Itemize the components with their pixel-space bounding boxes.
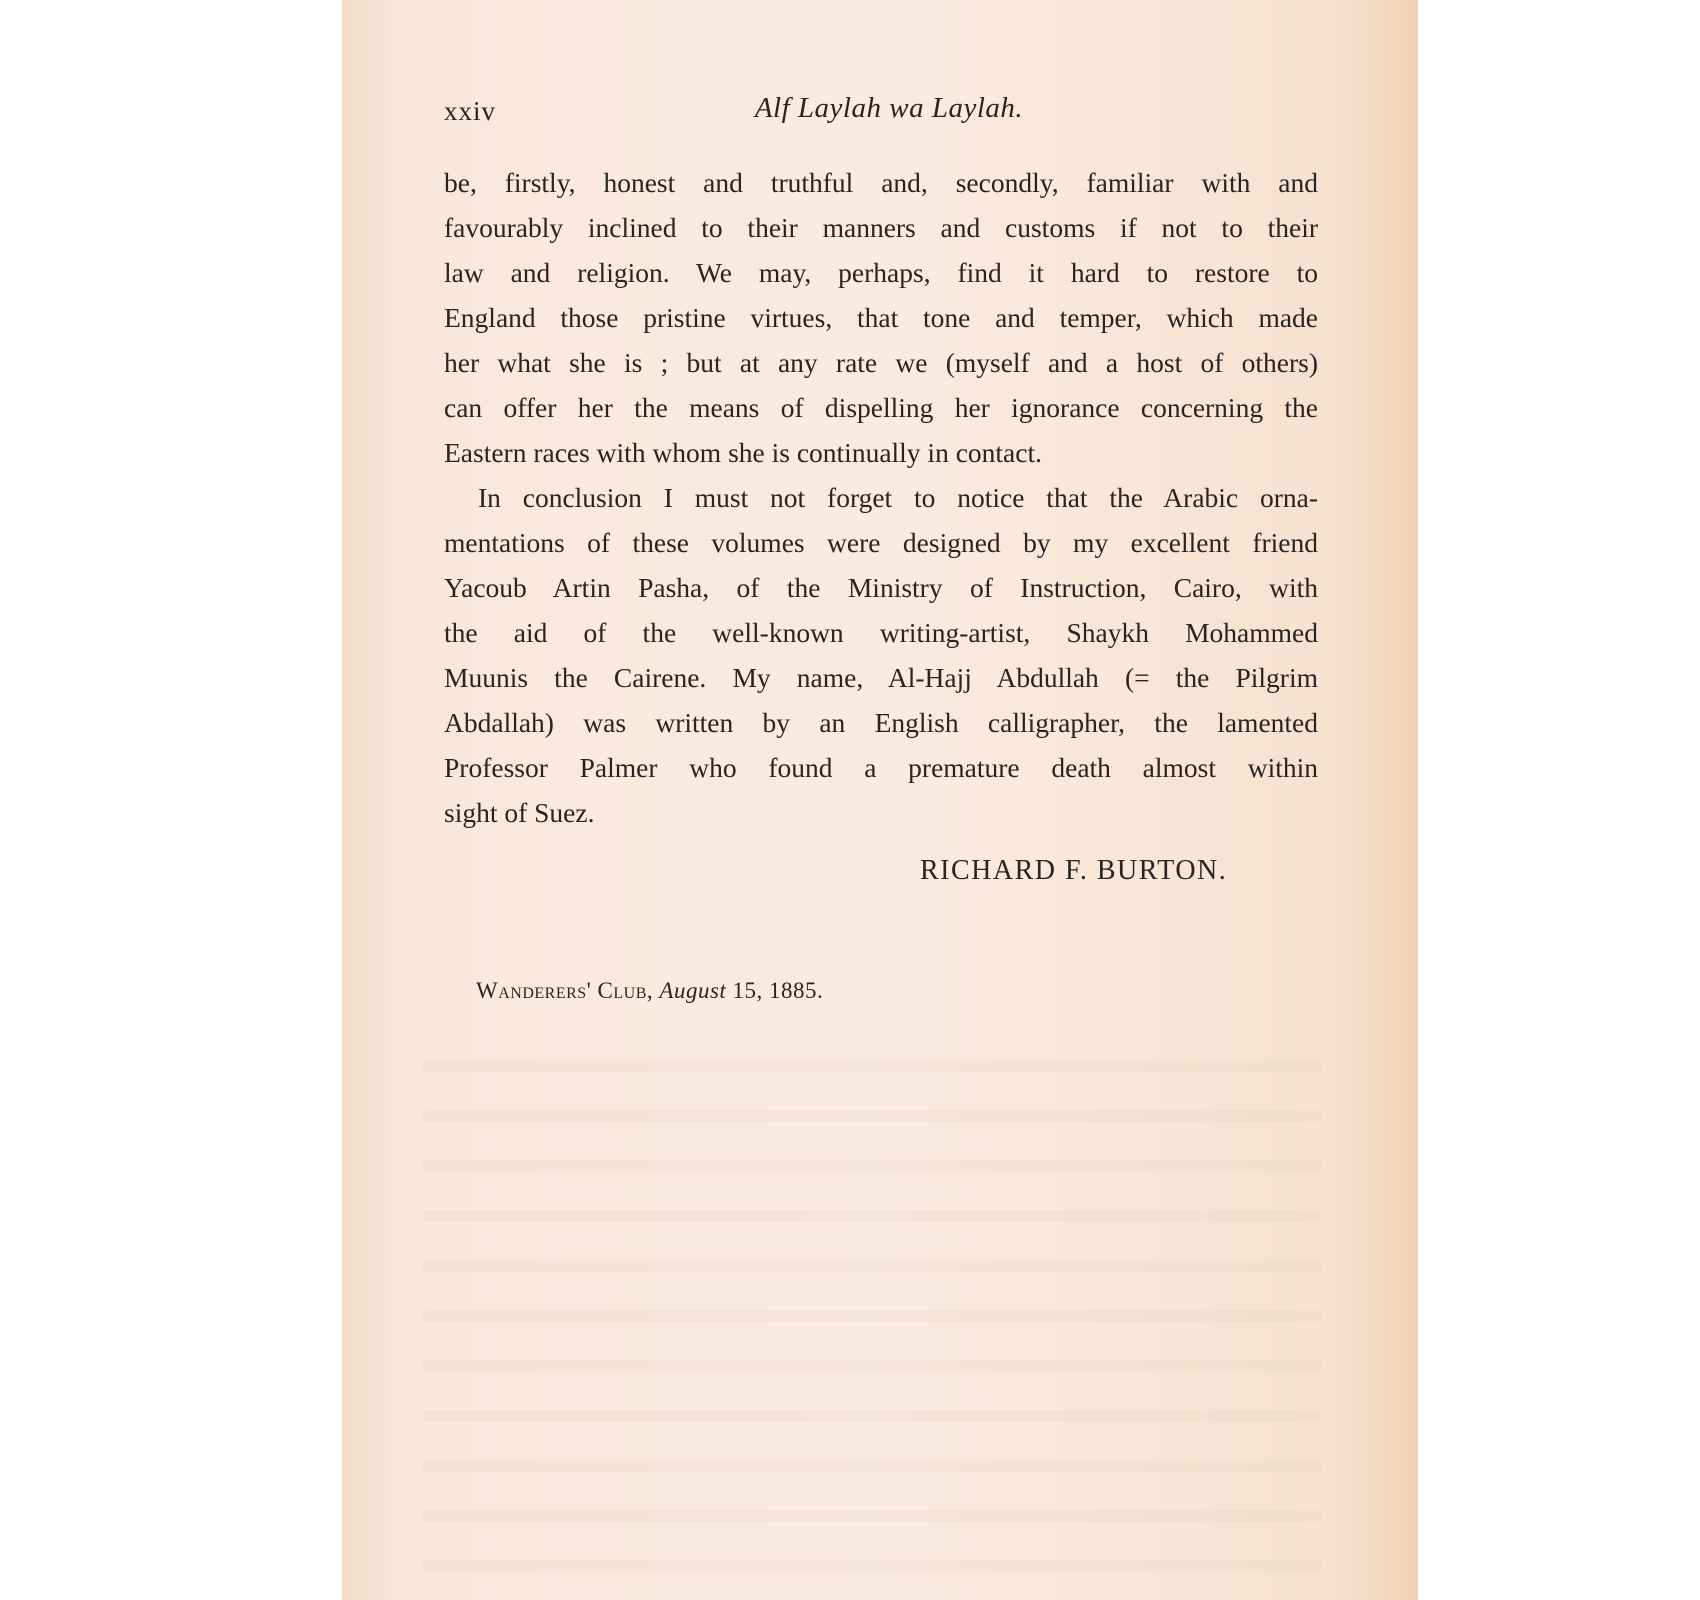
text-line: England those pristine virtues, that ton… xyxy=(444,295,1318,340)
text-line: Professor Palmer who found a premature d… xyxy=(444,745,1318,790)
book-page: xxiv Alf Laylah wa Laylah. be, firstly, … xyxy=(342,0,1418,1600)
text-line: sight of Suez. xyxy=(444,790,1318,835)
text-line: can offer her the means of dispelling he… xyxy=(444,385,1318,430)
text-line: law and religion. We may, perhaps, find … xyxy=(444,250,1318,295)
show-through-text xyxy=(422,1060,1322,1072)
show-through-text xyxy=(422,1460,1322,1472)
running-title: Alf Laylah wa Laylah. xyxy=(444,92,1334,125)
show-through-text xyxy=(422,1260,1322,1272)
show-through-text xyxy=(422,1360,1322,1372)
show-through-text xyxy=(422,1310,1322,1322)
page-header: xxiv Alf Laylah wa Laylah. xyxy=(444,96,1334,136)
text-line: Eastern races with whom she is continual… xyxy=(444,430,1318,475)
body-text: be, firstly, honest and truthful and, se… xyxy=(444,160,1318,835)
show-through-text xyxy=(422,1560,1322,1572)
dateline-place: Wanderers' Club, xyxy=(476,978,653,1003)
dateline-month: August xyxy=(659,978,726,1003)
show-through-text xyxy=(422,1160,1322,1172)
text-line: be, firstly, honest and truthful and, se… xyxy=(444,160,1318,205)
show-through-text xyxy=(422,1110,1322,1122)
text-line: Yacoub Artin Pasha, of the Ministry of I… xyxy=(444,565,1318,610)
text-line: Abdallah) was written by an English call… xyxy=(444,700,1318,745)
text-line: favourably inclined to their manners and… xyxy=(444,205,1318,250)
text-line: In conclusion I must not forget to notic… xyxy=(444,475,1318,520)
dateline-day-year: 15, 1885. xyxy=(733,978,824,1003)
author-signature: RICHARD F. BURTON. xyxy=(920,855,1227,887)
text-line: the aid of the well-known writing-artist… xyxy=(444,610,1318,655)
text-line: her what she is ; but at any rate we (my… xyxy=(444,340,1318,385)
dateline: Wanderers' Club, August 15, 1885. xyxy=(476,978,823,1004)
text-line: Muunis the Cairene. My name, Al-Hajj Abd… xyxy=(444,655,1318,700)
show-through-text xyxy=(422,1410,1322,1422)
text-line: mentations of these volumes were designe… xyxy=(444,520,1318,565)
show-through-text xyxy=(422,1510,1322,1522)
show-through-text xyxy=(422,1210,1322,1222)
